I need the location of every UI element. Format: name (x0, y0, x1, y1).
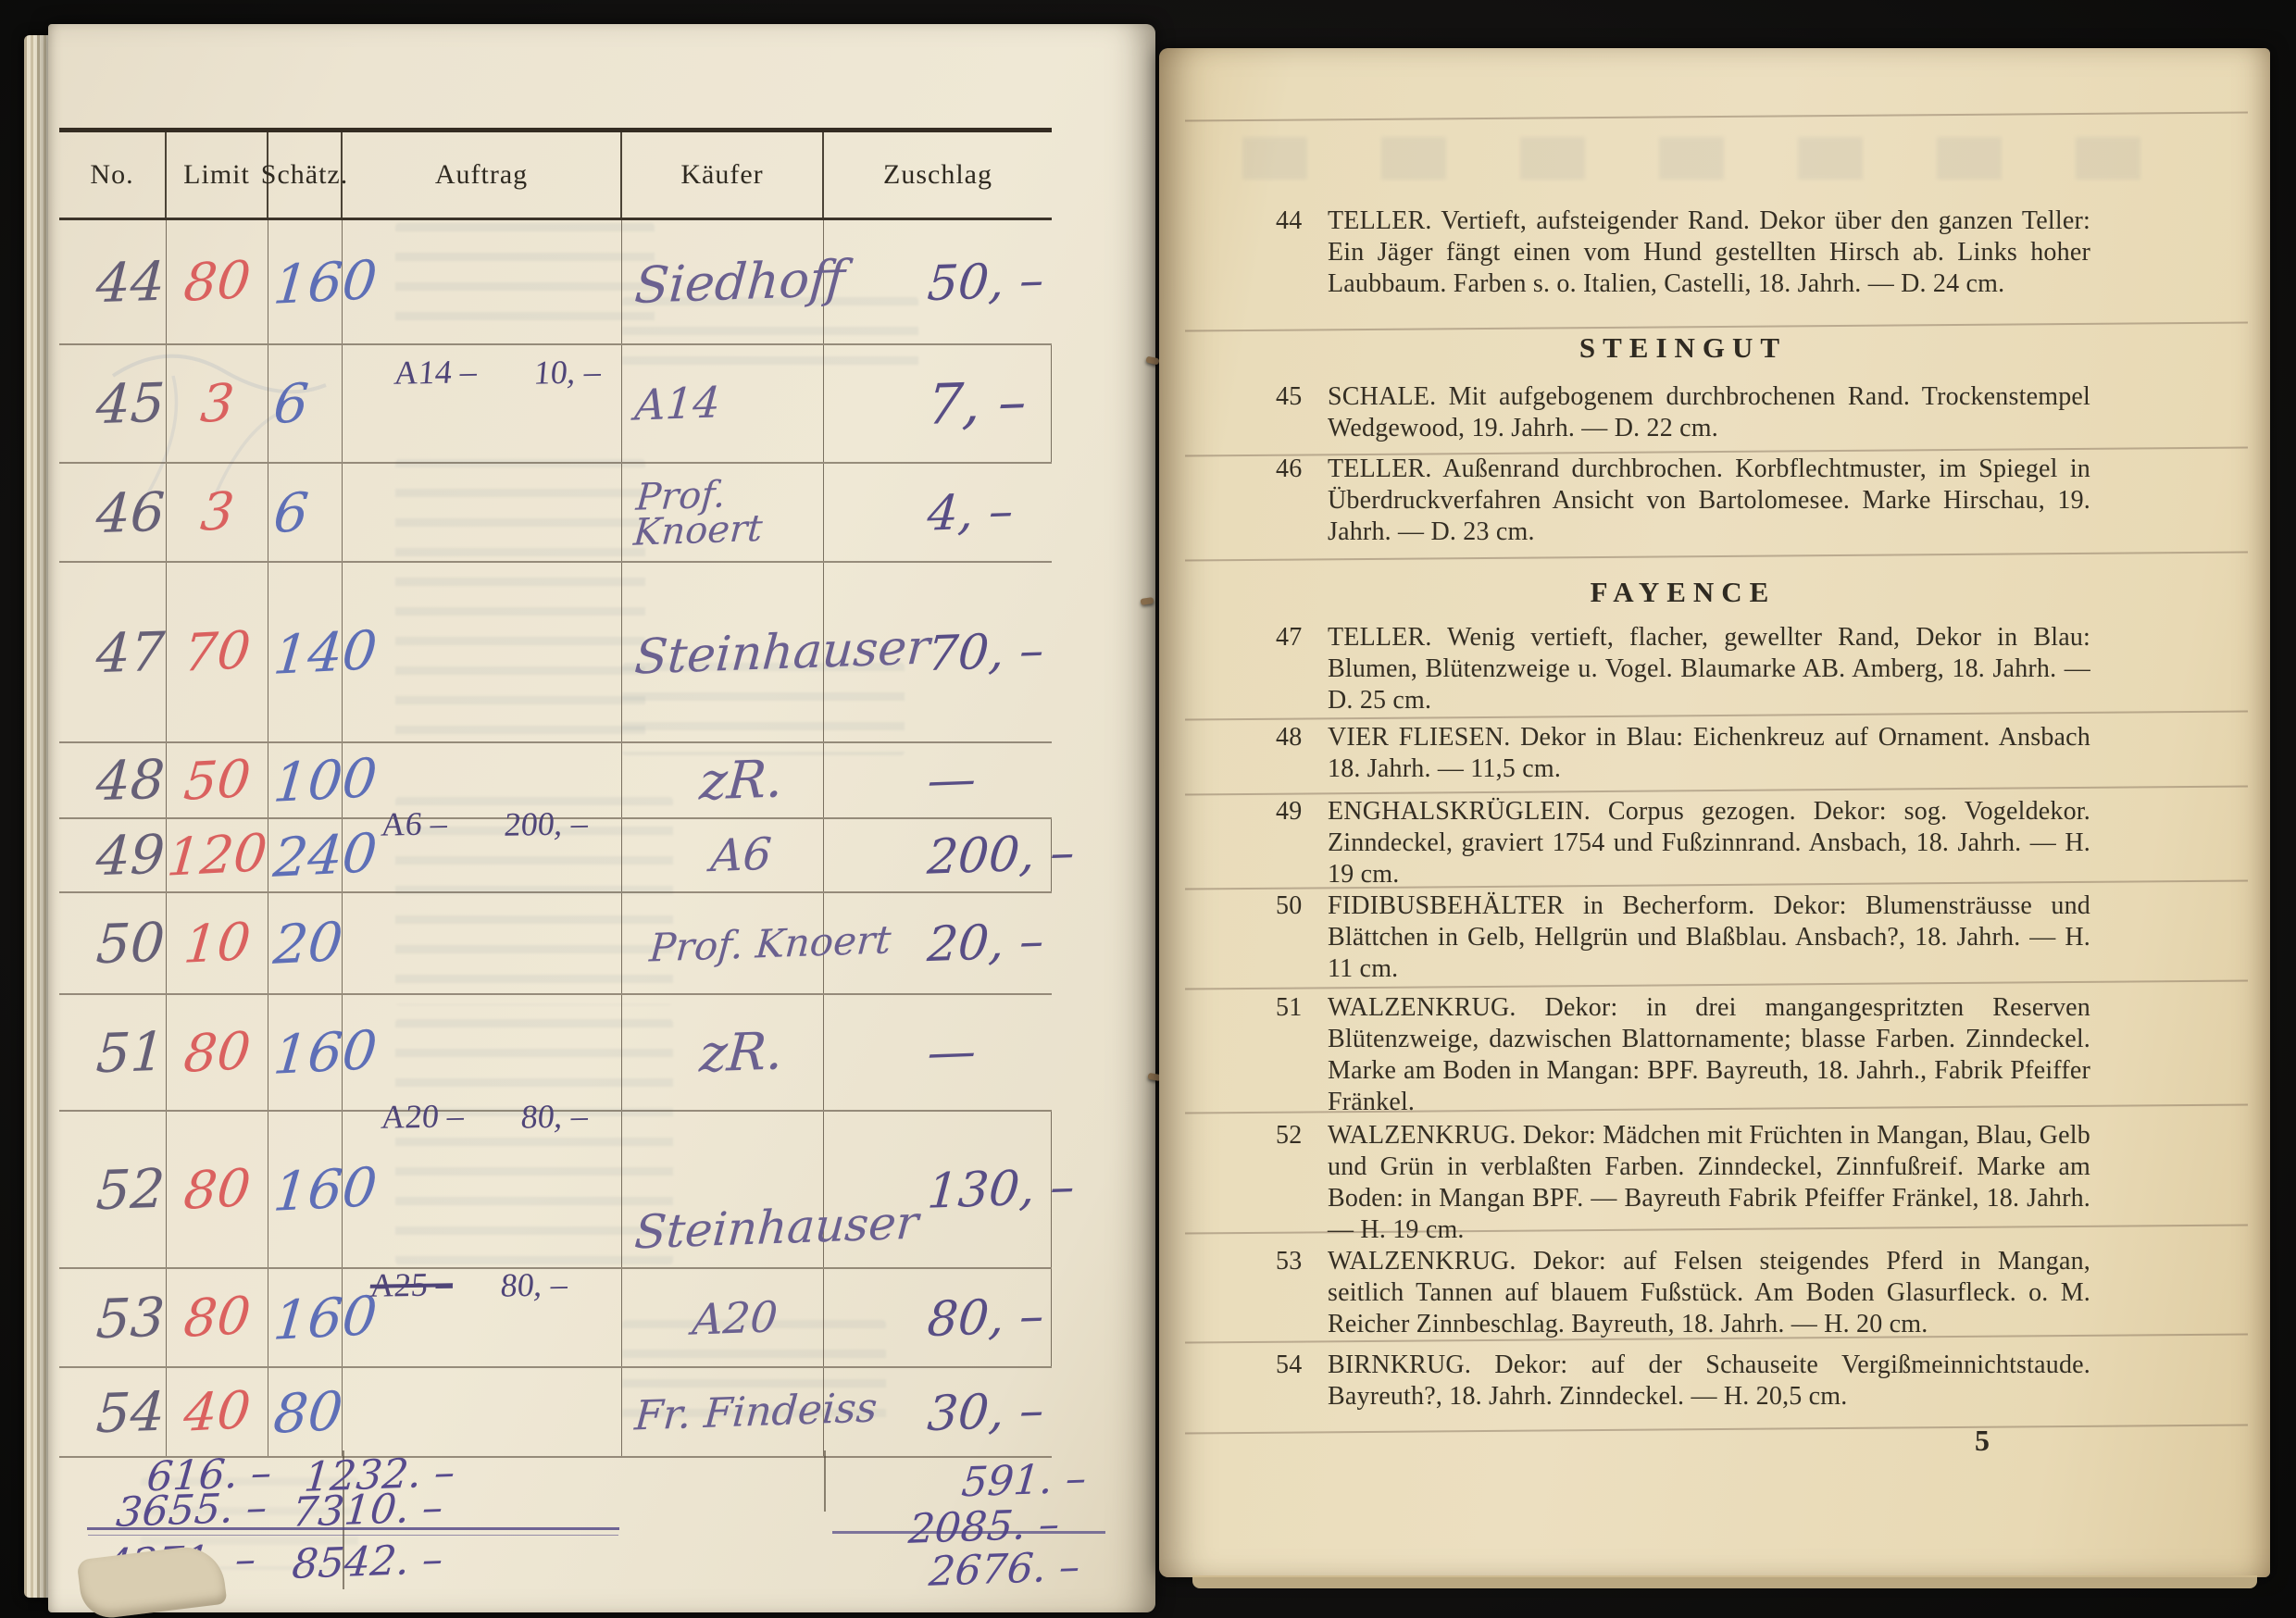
estimate-cell: 160 (268, 995, 343, 1110)
hammer-price-cell: 50, – (824, 220, 1052, 343)
table-row: 44 80 160 Siedhoff 50, – (59, 220, 1052, 345)
catalog-entry-text: WALZENKRUG. Dekor: in drei mangangesprit… (1328, 993, 2090, 1116)
catalog-entry-number: 54 (1276, 1350, 1302, 1381)
catalog-entry-number: 51 (1276, 992, 1302, 1024)
limit-cell: 70 (167, 563, 268, 741)
estimate-cell: 140 (268, 563, 343, 741)
hammer-price-cell: 7, – (824, 345, 1052, 462)
table-row: 47 70 140 Steinhauser 70, – (59, 563, 1052, 743)
header-auftrag: Auftrag (343, 132, 622, 218)
catalog-page: 44 TELLER. Vertieft, aufsteigender Rand.… (1159, 48, 2270, 1577)
catalog-entry: 50 FIDIBUSBEHÄLTER in Becherform. Dekor:… (1276, 890, 2090, 985)
catalog-entry-text: SCHALE. Mit aufgebogenem durchbrochenen … (1328, 382, 2090, 442)
hammer-price-cell: 80, – (824, 1269, 1052, 1366)
ledger-table: No. Limit Schätz. Auftrag Käufer Zuschla… (59, 128, 1052, 1609)
buyer-cell: zR. (622, 995, 824, 1110)
header-limit: Limit (167, 132, 268, 218)
limit-cell: 120 (167, 819, 268, 891)
catalog-entry: 53 WALZENKRUG. Dekor: auf Felsen steigen… (1276, 1246, 2090, 1340)
table-row: 50 10 20 Prof. Knoert 20, – (59, 893, 1052, 995)
table-row: 53 80 160 A20 80, – A25 – 80, – (59, 1269, 1052, 1368)
buyer-cell: A6 (622, 819, 824, 891)
buyer-cell: A14 (622, 345, 824, 462)
catalog-entry: 48 VIER FLIESEN. Dekor in Blau: Eichenkr… (1276, 722, 2090, 785)
table-row: 45 3 6 A14 7, – A14 – 10, – (59, 345, 1052, 464)
totals-rule (87, 1527, 619, 1530)
lot-number-cell: 48 (59, 743, 167, 817)
zuschlag-grand-sum-value: 2676. – (927, 1543, 1081, 1596)
section-heading: STEINGUT (1276, 331, 2090, 365)
buyer-cell: A20 (622, 1269, 824, 1366)
catalog-entry: 49 ENGHALSKRÜGLEIN. Corpus gezogen. Deko… (1276, 796, 2090, 890)
lot-number-cell: 47 (59, 563, 167, 741)
limit-cell: 3 (167, 345, 268, 462)
order-cell (343, 220, 622, 343)
order-cell (343, 995, 622, 1110)
buyer-cell: Siedhoff (622, 220, 824, 343)
catalog-entry-number: 52 (1276, 1120, 1302, 1151)
hammer-price-cell: — (824, 995, 1052, 1110)
estimate-cell: 100 (268, 743, 343, 817)
catalog-entry-text: TELLER. Wenig vertieft, flacher, gewellt… (1328, 623, 2090, 715)
catalog-entry-number: 44 (1276, 205, 1302, 237)
table-header-row: No. Limit Schätz. Auftrag Käufer Zuschla… (59, 128, 1052, 220)
catalog-entry-text: VIER FLIESEN. Dekor in Blau: Eichenkreuz… (1328, 723, 2090, 783)
column-rule-stub (824, 1450, 826, 1512)
limit-cell: 80 (167, 1269, 268, 1366)
buyer-cell: Steinhauser (622, 1112, 824, 1267)
hammer-price-cell: 200, – (824, 819, 1052, 891)
catalog-entry-number: 46 (1276, 454, 1302, 485)
page-number: 5 (1975, 1424, 1990, 1458)
catalog-entry-number: 48 (1276, 722, 1302, 753)
catalog-entry-text: TELLER. Außenrand durchbrochen. Korbflec… (1328, 454, 2090, 546)
ledger-page: No. Limit Schätz. Auftrag Käufer Zuschla… (48, 24, 1155, 1612)
limit-cell: 50 (167, 743, 268, 817)
catalog-entry: 44 TELLER. Vertieft, aufsteigender Rand.… (1276, 205, 2090, 300)
lot-number-cell: 49 (59, 819, 167, 891)
zuschlag-page-sum-value: 591. – (960, 1455, 1089, 1507)
zuschlag-page-sum: 591. – (962, 1457, 1086, 1504)
auction-catalog-spread: No. Limit Schätz. Auftrag Käufer Zuschla… (0, 0, 2296, 1618)
catalog-entry: 51 WALZENKRUG. Dekor: in drei mangangesp… (1276, 992, 2090, 1118)
catalog-entry: 45 SCHALE. Mit aufgebogenem durchbrochen… (1276, 381, 2090, 444)
buyer-cell: Steinhauser (622, 563, 824, 741)
table-row: 49 120 240 A6 200, – A6 – 200, – (59, 819, 1052, 893)
next-page-edge (1192, 1575, 2257, 1588)
header-no: No. (59, 132, 167, 218)
catalog-entry-number: 49 (1276, 796, 1302, 828)
catalog-entry-number: 50 (1276, 890, 1302, 922)
estimate-cell: 160 (268, 1112, 343, 1267)
lot-number-cell: 53 (59, 1269, 167, 1366)
estimate-cell: 160 (268, 1269, 343, 1366)
lot-number-cell: 44 (59, 220, 167, 343)
buyer-cell: Prof. Knoert (622, 893, 824, 993)
hammer-price-cell: — (824, 743, 1052, 817)
catalog-entry: 47 TELLER. Wenig vertieft, flacher, gewe… (1276, 622, 2090, 716)
catalog-entry-text: FIDIBUSBEHÄLTER in Becherform. Dekor: Bl… (1328, 891, 2090, 983)
limit-cell: 80 (167, 220, 268, 343)
lot-number-cell: 52 (59, 1112, 167, 1267)
zuschlag-carry-sum: 2085. – (909, 1503, 1059, 1550)
estimate-cell: 20 (268, 893, 343, 993)
limit-cell: 80 (167, 1112, 268, 1267)
estimate-cell: 6 (268, 464, 343, 561)
order-annotation: A25 – 80, – (370, 1265, 568, 1304)
table-row: 52 80 160 Steinhauser 130, – A20 – 80, – (59, 1112, 1052, 1269)
catalog-entry-text: ENGHALSKRÜGLEIN. Corpus gezogen. Dekor: … (1328, 797, 2090, 889)
buyer-cell: Prof. Knoert (622, 464, 824, 561)
hammer-price-cell: 4, – (824, 464, 1052, 561)
limit-cell: 10 (167, 893, 268, 993)
catalog-entry-number: 47 (1276, 622, 1302, 653)
catalog-entry: 52 WALZENKRUG. Dekor: Mädchen mit Frücht… (1276, 1120, 2090, 1246)
catalog-entry-text: BIRNKRUG. Dekor: auf der Schauseite Verg… (1328, 1350, 2090, 1411)
limit-cell: 40 (167, 1368, 268, 1456)
header-kaeufer: Käufer (622, 132, 824, 218)
buyer-cell: Fr. Findeiss (622, 1368, 824, 1456)
catalog-entry-text: WALZENKRUG. Dekor: Mädchen mit Früchten … (1328, 1121, 2090, 1244)
header-zuschlag: Zuschlag (824, 132, 1052, 218)
totals-rule (832, 1531, 1105, 1534)
header-schaetz: Schätz. (268, 132, 343, 218)
order-annotation: A14 – 10, – (394, 353, 601, 392)
catalog-entry-text: TELLER. Vertieft, aufsteigender Rand. De… (1328, 206, 2090, 298)
table-row: 51 80 160 zR. — (59, 995, 1052, 1112)
catalog-entry: 46 TELLER. Außenrand durchbrochen. Korbf… (1276, 454, 2090, 548)
ledger-rows: 44 80 160 Siedhoff 50, – 45 3 6 A14 7, –… (59, 220, 1052, 1458)
catalog-text-column: 44 TELLER. Vertieft, aufsteigender Rand.… (1276, 48, 2094, 1577)
catalog-entry-number: 45 (1276, 381, 1302, 413)
order-cell (343, 893, 622, 993)
zuschlag-grand-sum: 2676. – (930, 1546, 1079, 1593)
order-cell (343, 464, 622, 561)
catalog-entry-text: WALZENKRUG. Dekor: auf Felsen steigendes… (1328, 1247, 2090, 1338)
lot-number-cell: 46 (59, 464, 167, 561)
estimate-cell: 240 (268, 819, 343, 891)
buyer-cell: zR. (622, 743, 824, 817)
table-row: 46 3 6 Prof. Knoert 4, – (59, 464, 1052, 563)
table-row: 54 40 80 Fr. Findeiss 30, – (59, 1368, 1052, 1458)
order-cell (343, 563, 622, 741)
order-annotation: A20 – 80, – (381, 1097, 588, 1136)
lot-number-cell: 51 (59, 995, 167, 1110)
lot-number-cell: 50 (59, 893, 167, 993)
section-heading: FAYENCE (1276, 576, 2090, 609)
lot-number-cell: 54 (59, 1368, 167, 1456)
estimate-cell: 160 (268, 220, 343, 343)
limit-cell: 3 (167, 464, 268, 561)
lot-number-cell: 45 (59, 345, 167, 462)
catalog-entry: 54 BIRNKRUG. Dekor: auf der Schauseite V… (1276, 1350, 2090, 1413)
estimate-cell: 80 (268, 1368, 343, 1456)
estimate-cell: 6 (268, 345, 343, 462)
order-cell (343, 1368, 622, 1456)
order-annotation: A6 – 200, – (381, 804, 588, 843)
limit-cell: 80 (167, 995, 268, 1110)
catalog-entry-number: 53 (1276, 1246, 1302, 1277)
schaetz-grand-sum: 8542. – (290, 1536, 444, 1588)
